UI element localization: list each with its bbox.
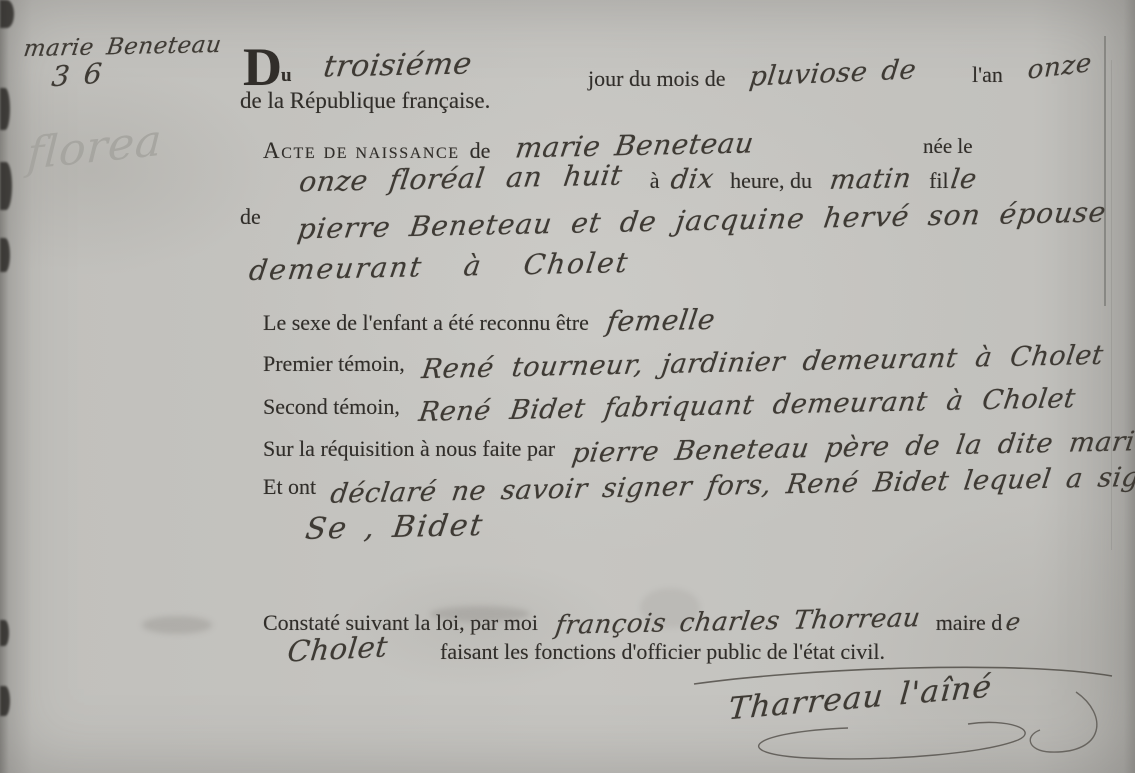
ink-blot (0, 88, 10, 130)
faded-month-note: florea (28, 122, 161, 173)
parents-line: de pierre Beneteau et de jacquine hervé … (240, 198, 1105, 231)
printed-second-witness: Second témoin, (263, 394, 400, 419)
ink-blot (0, 620, 9, 646)
declaration-line: Et ont déclaré ne savoir signer fors, Re… (263, 470, 1135, 501)
residence-line: demeurant à Cholet (250, 250, 629, 283)
printed-maire-de: maire d (936, 610, 1003, 635)
sex-line: Le sexe de l'enfant a été reconnu être f… (263, 304, 715, 337)
constat-place: Cholet (288, 632, 387, 666)
paper-smudge (142, 616, 212, 634)
month-entry: pluviose de (750, 58, 916, 89)
handwritten-sex: femelle (604, 303, 717, 338)
handwritten-residence: demeurant à Cholet (247, 246, 631, 287)
date-line-mid: jour du mois de (588, 66, 726, 92)
handwritten-year: onze (1027, 48, 1092, 86)
printed-heure-du: heure, du (730, 168, 812, 193)
ink-blot (0, 686, 10, 716)
nee-le-label: née le (923, 134, 973, 159)
printed-sex: Le sexe de l'enfant a été reconnu être (263, 310, 589, 335)
ink-blot (0, 162, 12, 210)
printed-de: de (470, 138, 491, 163)
ink-blot (0, 0, 14, 28)
registry-number: 36 (52, 58, 116, 91)
printed-jour-du-mois: jour du mois de (588, 66, 726, 91)
handwritten-parents: pierre Beneteau et de jacquine hervé son… (295, 196, 1108, 246)
year-label: l'an (972, 62, 1003, 88)
witness-signature: Se , Bidet (306, 510, 484, 545)
printed-fil: fil (929, 168, 949, 193)
birthdate-line: onze floréal an huit à dix heure, du mat… (300, 162, 976, 195)
page-crease (1104, 36, 1106, 306)
handwritten-day: troisiéme (321, 46, 474, 84)
handwritten-e-flourish: e (1004, 608, 1023, 636)
handwritten-month: pluviose de (748, 54, 918, 92)
handwritten-requisition: pierre Beneteau père de la dite marie (570, 426, 1135, 469)
handwritten-registry-number: 36 (50, 56, 117, 93)
margin-name-note: marie Beneteau (24, 34, 221, 60)
dropcap-small-letter: u (281, 65, 292, 86)
handwritten-place: Cholet (286, 629, 390, 668)
printed-declaration: Et ont (263, 474, 316, 499)
acte-label: Acte de naissance (263, 138, 460, 163)
printed-lan: l'an (972, 62, 1003, 87)
handwritten-hour: dix (669, 164, 716, 196)
printed-first-witness: Premier témoin, (263, 351, 405, 376)
second-witness-line: Second témoin, René Bidet fabriquant dem… (263, 390, 1074, 421)
birth-certificate-scan: marie Beneteau 36 florea Du troisiéme jo… (0, 0, 1135, 773)
handwritten-witness-signature: Se , Bidet (303, 508, 486, 547)
printed-de2: de (240, 204, 261, 229)
handwritten-child-name: marie Beneteau (514, 127, 757, 165)
handwritten-first-witness: René tourneur, jardinier demeurant à Cho… (420, 340, 1106, 385)
printed-republique: de la République française. (240, 88, 490, 113)
republic-line: de la République française. (240, 88, 490, 114)
handwritten-faded-note: florea (26, 115, 163, 180)
printed-a: à (650, 168, 660, 193)
year-entry: onze (1028, 52, 1091, 82)
handwritten-declaration: déclaré ne savoir signer fors, René Bide… (329, 461, 1135, 510)
printed-nee-le: née le (923, 134, 973, 158)
first-witness-line: Premier témoin, René tourneur, jardinier… (263, 347, 1102, 378)
handwritten-le: le (948, 164, 978, 196)
date-line: Du troisiéme (243, 40, 471, 94)
handwritten-second-witness: René Bidet fabriquant demeurant à Cholet (417, 383, 1078, 428)
handwritten-birthdate: onze floréal an huit (297, 159, 624, 199)
printed-requisition: Sur la réquisition à nous faite par (263, 436, 555, 461)
handwritten-time-of-day: matin (828, 163, 914, 196)
ink-blot (0, 238, 10, 272)
handwritten-mayor-name: françois charles Thorreau (553, 603, 922, 641)
mayor-signature: Tharreau l'aîné (730, 680, 991, 716)
requisition-line: Sur la réquisition à nous faite par pier… (263, 432, 1135, 463)
